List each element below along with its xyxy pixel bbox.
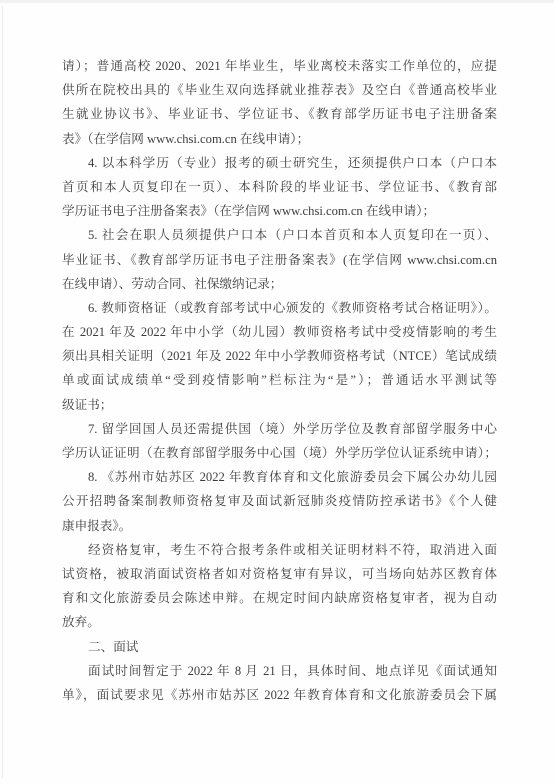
- text-line: 在线申请）、劳动合同、社保缴纳记录；: [62, 272, 497, 296]
- text-line: 表》（在学信网 www.chsi.com.cn 在线申请）；: [62, 127, 497, 151]
- text-line: 单》，面试要求见《苏州市姑苏区 2022 年教育体育和文化旅游委员会下属: [62, 683, 497, 707]
- text-line: 学历认证证明（在教育部留学服务中心国（境）外学历学位认证系统申请）；: [62, 441, 497, 465]
- text-line: 学历证书电子注册备案表》（在学信网 www.chsi.com.cn 在线申请）；: [62, 199, 497, 223]
- text-line: 生就业协议书》、毕业证书、学位证书、《教育部学历证书电子注册备案: [62, 102, 497, 126]
- text-line: 二、面试: [62, 635, 497, 659]
- text-line: 放弃。: [62, 610, 497, 634]
- text-line: 7. 留学回国人员还需提供国（境）外学历学位及教育部留学服务中心: [62, 417, 497, 441]
- scan-edge-top: [0, 0, 554, 3]
- text-line: 康申报表》。: [62, 514, 497, 538]
- text-line: 面试时间暂定于 2022 年 8 月 21 日，具体时间、地点详见《面试通知: [62, 659, 497, 683]
- text-line: 6. 教师资格证（或教育部考试中心颁发的《教师资格考试合格证明》）。: [62, 296, 497, 320]
- text-line: 首页和本人页复印在一页）、本科阶段的毕业证书、学位证书、《教育部: [62, 175, 497, 199]
- text-line: 单或面试成绩单“受到疫情影响”栏标注为“是”）；普通话水平测试等: [62, 368, 497, 392]
- text-line: 请）；普通高校 2020、2021 年毕业生，毕业离校未落实工作单位的，应提: [62, 54, 497, 78]
- text-line: 育和文化旅游委员会陈述申辩。在规定时间内缺席资格复审者，视为自动: [62, 586, 497, 610]
- text-line: 在 2021 年及 2022 年中小学（幼儿园）教师资格考试中受疫情影响的考生: [62, 320, 497, 344]
- document-text-block: 请）；普通高校 2020、2021 年毕业生，毕业离校未落实工作单位的，应提供所…: [62, 54, 497, 707]
- text-line: 级证书；: [62, 393, 497, 417]
- text-line: 毕业证书、《教育部学历证书电子注册备案表》(在学信网 www.chsi.com.…: [62, 248, 497, 272]
- text-line: 公开招聘备案制教师资格复审及面试新冠肺炎疫情防控承诺书》《个人健: [62, 489, 497, 513]
- text-line: 8. 《苏州市姑苏区 2022 年教育体育和文化旅游委员会下属公办幼儿园: [62, 465, 497, 489]
- text-line: 供所在院校出具的《毕业生双向选择就业推荐表》及空白《普通高校毕业: [62, 78, 497, 102]
- document-page: 请）；普通高校 2020、2021 年毕业生，毕业离校未落实工作单位的，应提供所…: [0, 0, 554, 784]
- text-line: 经资格复审，考生不符合报考条件或相关证明材料不符，取消进入面: [62, 538, 497, 562]
- scan-edge-left: [2, 6, 3, 778]
- text-line: 须出具相关证明（2021 年及 2022 年中小学教师资格考试（NTCE）笔试成…: [62, 344, 497, 368]
- text-line: 试资格，被取消面试资格者如对资格复审有异议，可当场向姑苏区教育体: [62, 562, 497, 586]
- text-line: 5. 社会在职人员须提供户口本（户口本首页和本人页复印在一页）、: [62, 223, 497, 247]
- text-line: 4. 以本科学历（专业）报考的硕士研究生，还须提供户口本（户口本: [62, 151, 497, 175]
